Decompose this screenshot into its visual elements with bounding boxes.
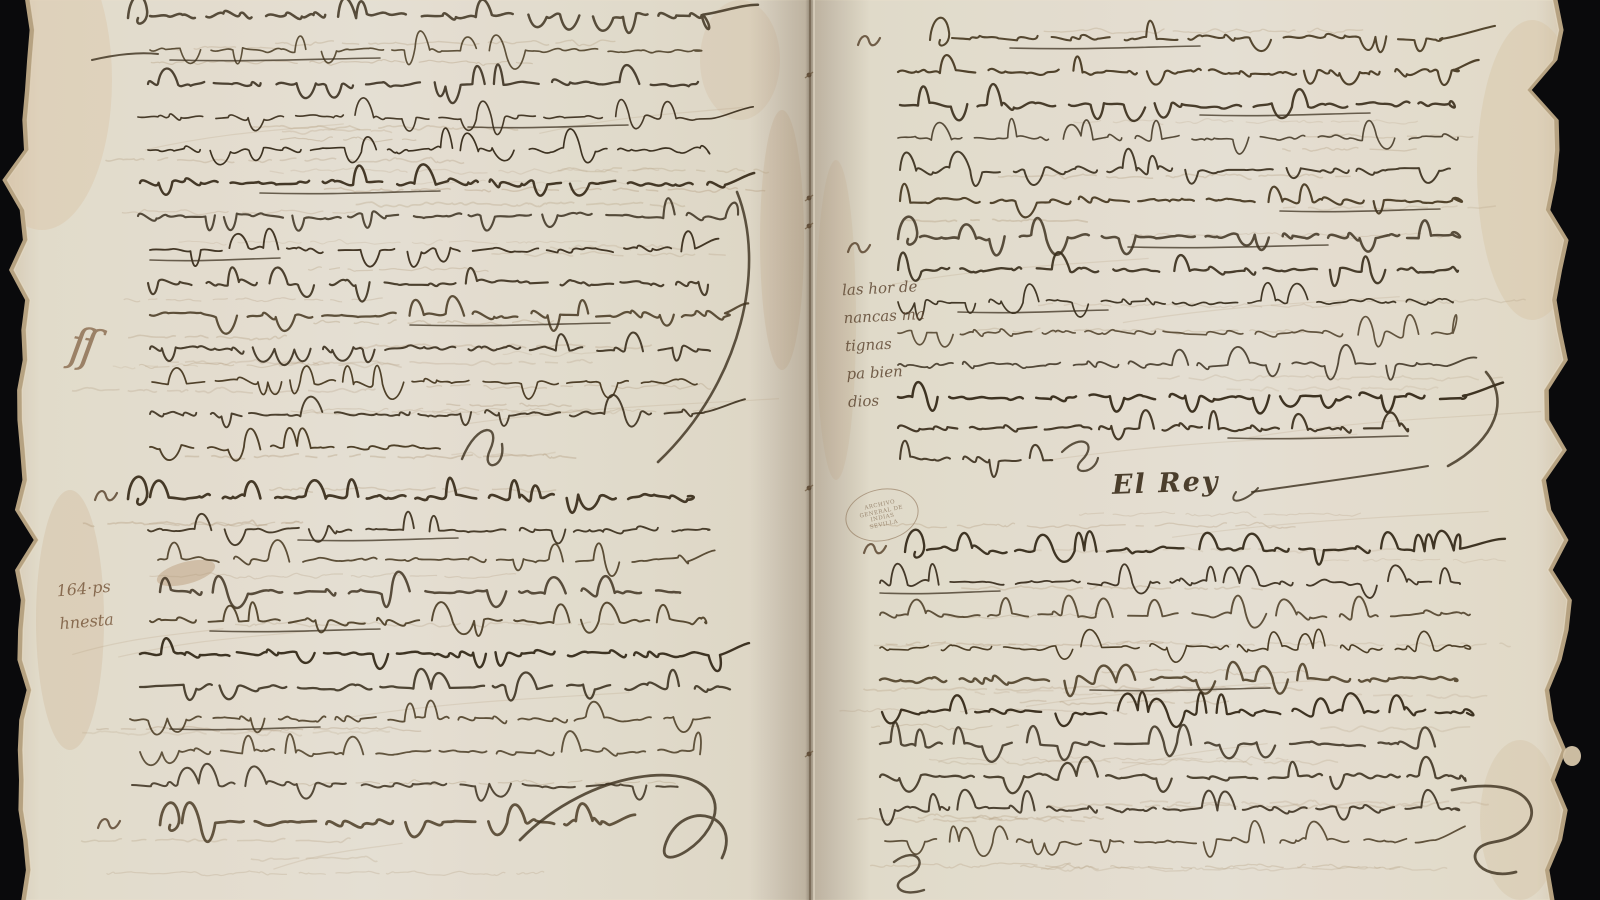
manuscript-canvas (0, 0, 1600, 900)
paper-stain (1477, 20, 1587, 320)
manuscript-scan: ſſ 164·ps hnesta las hor de nancas ma ti… (0, 0, 1600, 900)
paper-stain (1563, 746, 1581, 766)
paper-stain (36, 490, 104, 750)
pages (0, 0, 1600, 900)
